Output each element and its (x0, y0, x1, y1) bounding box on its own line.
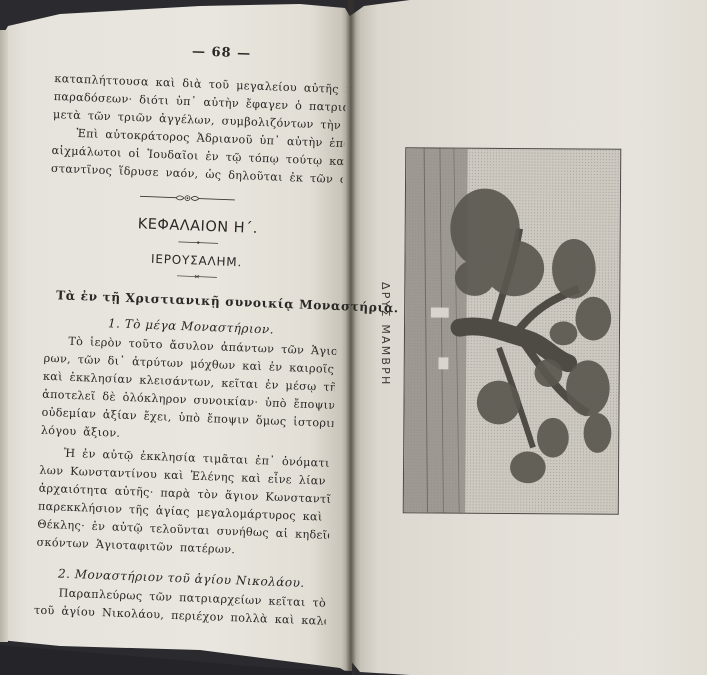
plate-illustration-oak-of-mamre (403, 147, 622, 514)
left-page-text: — 68 — καταπλήττουσα καὶ διὰ τοῦ μεγαλεί… (34, 38, 348, 631)
tree-engraving-icon (404, 148, 621, 513)
ornament-divider (140, 191, 235, 205)
chapter-title: ΚΕΦΑΛΑΙΟΝ Η΄. (55, 212, 341, 241)
book-gutter (346, 0, 356, 675)
small-rule-divider (177, 273, 217, 281)
plate-caption: ΔΡΥΣ ΜΑΜΒΡΗ (379, 282, 392, 386)
book-spread: — 68 — καταπλήττουσα καὶ διὰ τοῦ μεγαλεί… (0, 0, 707, 675)
city-title: ΙΕΡΟΥΣΑΛΗΜ. (53, 246, 339, 275)
small-rule-divider (178, 239, 218, 247)
section-heading: Τὰ ἐν τῇ Χριστιανικῇ συνοικίᾳ Μοναστήρια… (56, 286, 338, 315)
left-page-edge (0, 30, 8, 642)
